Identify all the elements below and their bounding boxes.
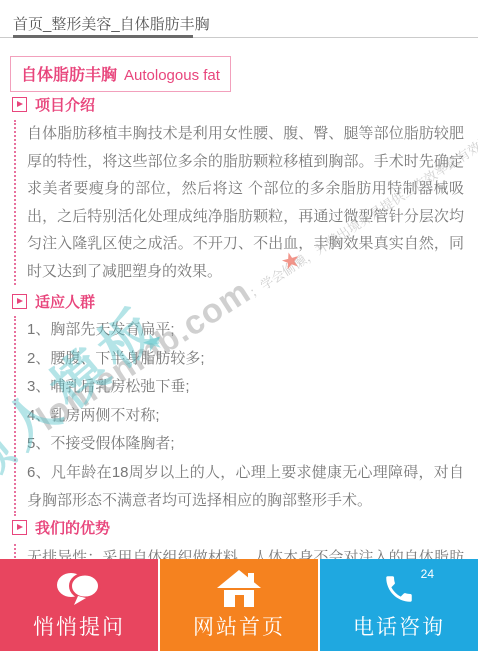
section-heading-audience-label: 适应人群	[35, 291, 95, 312]
audience-list: 1、胸部先天发育扁平; 2、腰腹、下半身脂肪较多; 3、哺乳后乳房松弛下垂; 4…	[14, 316, 464, 516]
section-heading-intro: 项目介绍	[12, 94, 95, 115]
page-title-zh: 自体脂肪丰胸	[21, 67, 117, 84]
list-item: 2、腰腹、下半身脂肪较多;	[27, 345, 464, 374]
list-item: 5、不接受假体隆胸者;	[27, 430, 464, 459]
section-heading-audience: 适应人群	[12, 291, 95, 312]
page-title-en: Autologous fat	[124, 67, 220, 84]
home-button[interactable]: 网站首页	[160, 559, 318, 651]
ask-question-button[interactable]: 悄悄提问	[0, 559, 158, 651]
section-heading-advantages-label: 我们的优势	[35, 517, 110, 538]
divider-accent	[13, 35, 193, 38]
home-icon	[216, 569, 262, 609]
play-icon	[12, 294, 27, 309]
list-item: 6、凡年龄在18周岁以上的人，心理上要求健康无心理障碍，对自身胸部形态不满意者均…	[27, 459, 464, 516]
play-icon	[12, 97, 27, 112]
section-heading-intro-label: 项目介绍	[35, 94, 95, 115]
phone-consult-button[interactable]: 24 电话咨询	[320, 559, 478, 651]
list-item: 3、哺乳后乳房松弛下垂;	[27, 373, 464, 402]
phone-icon: 24	[382, 569, 416, 609]
section-heading-advantages: 我们的优势	[12, 517, 110, 538]
ask-question-label: 悄悄提问	[33, 611, 125, 641]
list-item: 4、乳房两侧不对称;	[27, 402, 464, 431]
home-label: 网站首页	[193, 611, 285, 641]
chat-bubbles-icon	[55, 569, 103, 609]
phone-consult-label: 电话咨询	[353, 611, 445, 641]
page-title: 自体脂肪丰胸Autologous fat	[10, 56, 231, 92]
badge-24h: 24	[421, 567, 434, 581]
intro-paragraph: 自体脂肪移植丰胸技术是利用女性腰、腹、臀、腿等部位脂肪较肥厚的特性，将这些部位多…	[14, 120, 464, 285]
footer-action-bar: 悄悄提问 网站首页 24 电话咨询	[0, 559, 478, 651]
page: 首页_整形美容_自体脂肪丰胸 自体脂肪丰胸Autologous fat lonr…	[0, 0, 478, 651]
play-icon	[12, 520, 27, 535]
breadcrumb[interactable]: 首页_整形美容_自体脂肪丰胸	[13, 13, 210, 34]
list-item: 1、胸部先天发育扁平;	[27, 316, 464, 345]
